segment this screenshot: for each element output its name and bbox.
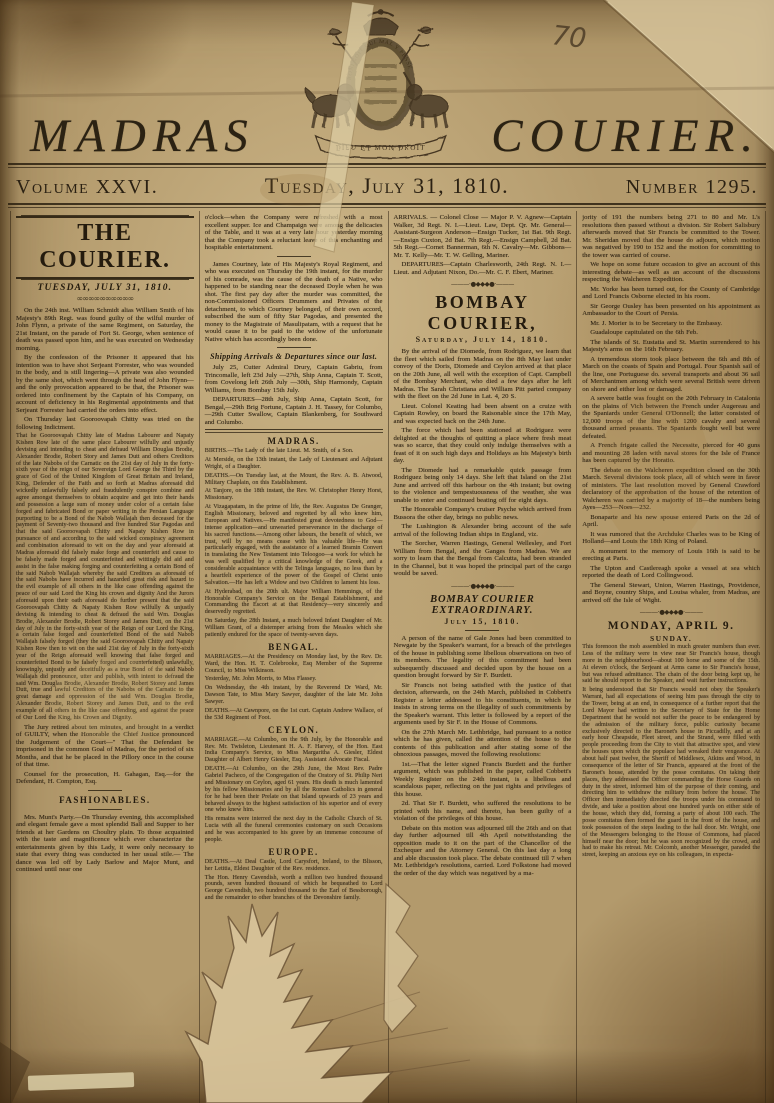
births-item: BIRTHS.—The Lady of the late Lieut. M. S… bbox=[205, 448, 383, 455]
news-columns: THE COURIER.TUESDAY, JULY 31, 1810.∞∞∞∞∞… bbox=[10, 211, 766, 1103]
news-column-1: THE COURIER.TUESDAY, JULY 31, 1810.∞∞∞∞∞… bbox=[11, 211, 200, 1103]
masthead-title-right: COURIER. bbox=[491, 109, 760, 163]
article-paragraph: The debate on the Walcheren expedition c… bbox=[582, 467, 760, 512]
section-title-sunday: SUNDAY. bbox=[582, 634, 760, 643]
issue-number: Number 1295. bbox=[540, 176, 758, 199]
bombay-extraordinary-date: July 15, 1810. bbox=[394, 617, 572, 626]
chain-ornament: ∞∞∞∞∞∞∞∞∞∞ bbox=[16, 294, 194, 303]
marriages-item: MARRIAGE.—At Columbo, on the 9th July, b… bbox=[205, 737, 383, 765]
crest-motto-text: DIEU ET MON DROIT bbox=[336, 144, 426, 152]
shipping-heading: Shipping Arrivals & Departures since our… bbox=[205, 352, 383, 361]
section-title-monday-april: MONDAY, APRIL 9. bbox=[582, 620, 760, 632]
article-paragraph: Counsel for the prosecution, H. Gahagan,… bbox=[16, 771, 194, 786]
indictment-paragraph: That he Gooroovapah Chitty late of Madra… bbox=[16, 433, 194, 722]
departures-list: DEPARTURES—Captain Charlesworth, 24th Re… bbox=[394, 261, 572, 276]
section-title-ceylon: CEYLON. bbox=[205, 725, 383, 735]
short-rule bbox=[88, 809, 122, 810]
section-title-bengal: BENGAL. bbox=[205, 642, 383, 652]
article-paragraph: It was rumored that the Archduke Charles… bbox=[582, 531, 760, 546]
divider-ornament: ———·●◆◆◆●·——— bbox=[582, 608, 760, 616]
deaths-item-torn: DEATHS.—At Deal Castle, Lord Carysfort, … bbox=[205, 859, 383, 873]
issue-date: Tuesday, July 31, 1810. bbox=[234, 173, 540, 199]
deaths-item: DEATHS.—At Cawnpore, on the 1st curt. Ca… bbox=[205, 708, 383, 722]
article-paragraph: Sir Francis not being satisfied with the… bbox=[394, 682, 572, 727]
article-paragraph: A French frigate called the Necessite, p… bbox=[582, 442, 760, 465]
section-title-bombay-extraordinary: BOMBAY COURIER EXTRAORDINARY. bbox=[394, 594, 572, 616]
section-title-the-courier: THE COURIER. bbox=[16, 216, 194, 279]
article-paragraph: The General Stewart, Union, Warren Hasti… bbox=[582, 582, 760, 605]
short-rule bbox=[465, 630, 499, 631]
royal-crest: HONI SOIT QUI MAL Y PENSE bbox=[302, 4, 460, 162]
article-paragraph: Mr. Yorke has been turned out, for the C… bbox=[582, 286, 760, 301]
marriages-item: Yesterday, Mr. John Morris, to Miss Flas… bbox=[205, 676, 383, 683]
masthead-rule-thick bbox=[8, 163, 766, 165]
article-paragraph: Guadaloupe capitulated on the 6th Feb. bbox=[582, 329, 760, 337]
shipping-departures: DEPARTURES—28th July, Ship Anna, Captain… bbox=[205, 396, 383, 426]
section-title-europe: EUROPE. bbox=[205, 847, 383, 857]
divider-ornament: ———·●◆◆◆●·——— bbox=[394, 582, 572, 590]
news-column-4: jority of 191 the numbers being 271 to 8… bbox=[577, 211, 765, 1103]
short-rule bbox=[277, 256, 311, 257]
article-paragraph: The Lushington & Alexander bring account… bbox=[394, 523, 572, 538]
short-rule bbox=[277, 347, 311, 348]
article-paragraph: Sir George Ousley has been presented on … bbox=[582, 303, 760, 318]
article-paragraph: James Courtney, late of His Majesty's Ro… bbox=[205, 261, 383, 344]
double-rule bbox=[205, 429, 383, 433]
dateline-rule-thick bbox=[8, 203, 766, 205]
article-paragraph: It being understood that Sir Francis wou… bbox=[582, 687, 760, 859]
article-paragraph: A monument to the memory of Louis 16th i… bbox=[582, 548, 760, 563]
masthead: MADRAS HONI SOIT QUI MAL Y PENSE bbox=[0, 0, 774, 163]
article-paragraph: On Thursday last Gooroovapah Chitty was … bbox=[16, 416, 194, 431]
news-item-torn: The Hon. Henry Cavendish, worth a millio… bbox=[205, 875, 383, 903]
shipping-arrivals: July 25, Cutter Admiral Drury, Captain G… bbox=[205, 364, 383, 394]
article-paragraph: This forenoon the mob assembled in much … bbox=[582, 644, 760, 685]
article-paragraph: A severe battle was fought on the 20th F… bbox=[582, 395, 760, 440]
article-paragraph: The islands of St. Eustatia and St. Mart… bbox=[582, 339, 760, 354]
section-title-bombay-courier: BOMBAY COURIER, bbox=[394, 292, 572, 334]
deaths-item: On Saturday, the 28th Instant, a much be… bbox=[205, 618, 383, 639]
section-title-fashionables: FASHIONABLES. bbox=[16, 795, 194, 805]
article-paragraph: Mrs. Munt's Party.—On Thursday evening, … bbox=[16, 814, 194, 874]
marriages-item: MARRIAGES.—At the Presidency on Monday l… bbox=[205, 654, 383, 675]
article-paragraph: Bonaparte and his new spouse entered Par… bbox=[582, 514, 760, 529]
births-item: At Merside, on the 13th instant, the Lad… bbox=[205, 457, 383, 471]
news-column-3: ARRIVALS. — Colonel Close — Major P. V. … bbox=[389, 211, 578, 1103]
article-paragraph: The Upton and Castlereagh spoke a vessel… bbox=[582, 565, 760, 580]
article-paragraph: On the 27th March Mr. Lethbridge, had pu… bbox=[394, 729, 572, 759]
dateline-rule-thin bbox=[8, 207, 766, 208]
resolution-item: 1st.—That the letter signed Francis Burd… bbox=[394, 761, 572, 799]
divider-ornament: ———·●◆◆◆●·——— bbox=[394, 280, 572, 288]
article-paragraph: jority of 191 the numbers being 271 to 8… bbox=[582, 214, 760, 259]
article-paragraph: A person of the name of Gale Jones had b… bbox=[394, 635, 572, 680]
article-paragraph: By the confession of the Prisoner it app… bbox=[16, 354, 194, 414]
deaths-item: DEATHS.—On Tuesday last, at the Mount, t… bbox=[205, 473, 383, 487]
article-paragraph: Debate on this motion was adjourned till… bbox=[394, 825, 572, 878]
section-title-madras: MADRAS. bbox=[205, 436, 383, 446]
article-paragraph: The Honorable Company's cruiser Psyche w… bbox=[394, 506, 572, 521]
article-paragraph: The Diomede had a remarkable quick passa… bbox=[394, 467, 572, 505]
article-paragraph: On the 24th inst. William Schmidt alias … bbox=[16, 307, 194, 352]
article-paragraph: Mr. J. Morier is to be Secretary to the … bbox=[582, 320, 760, 328]
article-paragraph: The Sorcher, Warren Hastings, General We… bbox=[394, 540, 572, 578]
resolution-item: 2d. That Sir F. Burdett, who suffered th… bbox=[394, 800, 572, 823]
short-rule bbox=[88, 790, 122, 791]
article-paragraph: The Jury retired about ten minutes, and … bbox=[16, 724, 194, 769]
deaths-item: His remains were interred the next day i… bbox=[205, 816, 383, 844]
masthead-title-left: MADRAS bbox=[30, 109, 255, 163]
deaths-item: DEATH.—At Columbo, on the 29th June, the… bbox=[205, 766, 383, 814]
news-column-2: o'clock—when the Company were refreshed … bbox=[200, 211, 389, 1103]
newspaper-page: MADRAS HONI SOIT QUI MAL Y PENSE bbox=[0, 0, 774, 1103]
deaths-item: At Hyderabad, on the 20th ult. Major Wil… bbox=[205, 589, 383, 617]
article-paragraph: By the arrival of the Diomede, from Rodr… bbox=[394, 348, 572, 401]
article-paragraph: A tremendous storm took place between th… bbox=[582, 356, 760, 394]
article-paragraph: The force which had been stationed at Ro… bbox=[394, 427, 572, 465]
article-paragraph: Lieut. Colonel Keating had been absent o… bbox=[394, 403, 572, 426]
article-paragraph: o'clock—when the Company were refreshed … bbox=[205, 214, 383, 252]
deaths-item: At Vizagapatam, in the prime of life, th… bbox=[205, 504, 383, 587]
issue-date-italic: TUESDAY, JULY 31, 1810. bbox=[16, 283, 194, 293]
article-paragraph: We hope on some future occasion to give … bbox=[582, 261, 760, 284]
marriages-item: On Wednesday, the 4th instant, by the Re… bbox=[205, 685, 383, 706]
handwritten-number: 70 bbox=[550, 20, 587, 54]
bombay-courier-date: Saturday, July 14, 1810. bbox=[394, 335, 572, 344]
deaths-item: At Tanjore, on the 18th instant, the Rev… bbox=[205, 488, 383, 502]
volume-label: Volume XXVI. bbox=[16, 176, 234, 199]
arrivals-list: ARRIVALS. — Colonel Close — Major P. V. … bbox=[394, 214, 572, 259]
dateline: Volume XXVI. Tuesday, July 31, 1810. Num… bbox=[0, 168, 774, 203]
